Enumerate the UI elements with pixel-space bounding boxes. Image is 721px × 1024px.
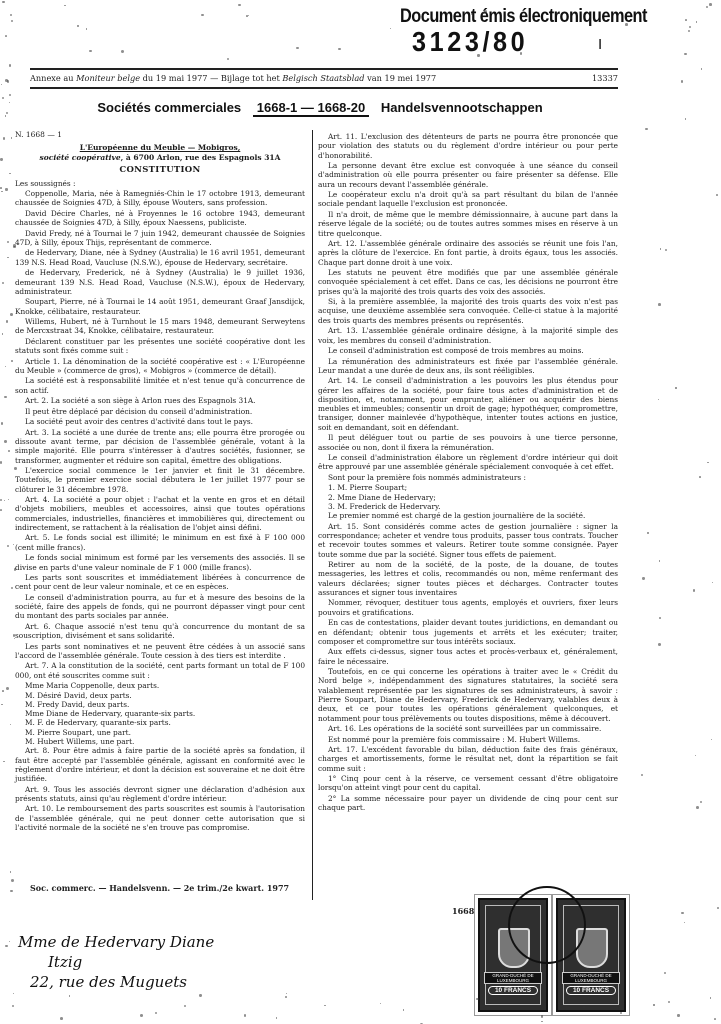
stamp-value: 10 FRANCS (566, 986, 616, 995)
entry-number: N. 1668 — 1 (15, 130, 305, 139)
bottom-rule (30, 87, 618, 89)
scan-speckle (69, 995, 70, 996)
scan-speckle (13, 544, 14, 545)
scan-speckle (541, 1021, 542, 1022)
scan-speckle (665, 249, 667, 251)
scan-speckle (5, 115, 7, 117)
paragraph: Le conseil d'administration pourra, au f… (15, 593, 305, 621)
scan-speckle (647, 532, 648, 533)
scan-speckle (659, 617, 661, 619)
scan-speckle (706, 6, 708, 8)
scan-speckle (2, 97, 4, 99)
scan-speckle (695, 755, 697, 757)
scan-speckle (13, 993, 14, 994)
list-item: M. Pierre Soupart, une part. (15, 728, 305, 737)
paragraph: Toutefois, en ce qui concerne les opérat… (318, 667, 618, 723)
constitution-heading: CONSTITUTION (15, 166, 305, 175)
paragraph: Coppenolle, Maria, née à Ramegniés-Chin … (15, 189, 305, 208)
scan-speckle (121, 50, 124, 53)
scan-speckle (642, 577, 644, 579)
scan-speckle (238, 4, 240, 6)
paragraph: Art. 5. Le fonds social est illimité; le… (15, 533, 305, 552)
scan-speckle (201, 14, 203, 16)
scan-speckle (199, 994, 201, 996)
paragraph: Soupart, Pierre, né à Tournai le 14 août… (15, 297, 305, 316)
scan-speckle (700, 801, 702, 803)
running-head-prefix: Annexe au (30, 73, 76, 83)
scan-speckle (380, 1003, 381, 1004)
paragraph: Le premier nommé est chargé de la gestio… (318, 511, 618, 520)
list-item: M. Désiré David, deux parts. (15, 691, 305, 700)
paragraph: Art. 8. Pour être admis à faire partie d… (15, 746, 305, 783)
scan-speckle (248, 15, 249, 16)
scan-speckle (500, 44, 501, 45)
scan-speckle (716, 194, 718, 196)
stamp-value: 10 FRANCS (488, 986, 538, 995)
scan-speckle (14, 467, 17, 470)
running-head-date-nl: van 19 mei 1977 (365, 73, 437, 83)
company-form: société coopérative (40, 153, 121, 162)
scan-speckle (8, 499, 9, 500)
scan-speckle (0, 158, 2, 160)
scan-speckle (6, 320, 9, 323)
scan-speckle (77, 25, 78, 26)
paragraph: Déclarent constituer par les présentes u… (15, 337, 305, 356)
cancellation-postmark-icon (508, 886, 586, 964)
company-name: L'Européenne du Meuble — Mobigros, (15, 143, 305, 153)
scan-speckle (681, 912, 683, 914)
scan-speckle (4, 396, 7, 399)
scan-speckle (2, 1, 4, 3)
list-item: M. F. de Hedervary, quarante-six parts. (15, 718, 305, 727)
paragraph: Art. 6. Chaque associé n'est tenu qu'à c… (15, 622, 305, 641)
paragraph: L'exercice social commence le 1er janvie… (15, 466, 305, 494)
scan-speckle (9, 64, 11, 66)
scan-speckle (677, 1014, 679, 1016)
handwritten-name: Mme de Hedervary Diane (18, 932, 214, 952)
scan-speckle (583, 1006, 585, 1008)
handwritten-street: 22, rue des Muguets (18, 972, 214, 992)
footer-entry-ref: 1668 (452, 906, 474, 916)
scan-speckle (0, 461, 2, 463)
scan-speckle (12, 1005, 14, 1007)
left-column-body: Les soussignés :Coppenolle, Maria, née à… (15, 179, 305, 833)
scan-speckle (693, 589, 696, 592)
running-head-text: Annexe au Moniteur belge du 19 mai 1977 … (30, 73, 436, 83)
scan-speckle (0, 509, 2, 511)
list-item: Mme Diane de Hedervary, quarante-six par… (15, 709, 305, 718)
scan-speckle (659, 560, 661, 562)
stamp-country: GRAND-DUCHÉ DE LUXEMBOURG (562, 972, 620, 984)
paragraph: Les statuts ne peuvent être modifiés que… (318, 268, 618, 296)
company-header: L'Européenne du Meuble — Mobigros, socié… (15, 143, 305, 162)
paragraph: La personne devant être exclue est convo… (318, 161, 618, 189)
scan-speckle (11, 360, 13, 362)
scan-speckle (4, 500, 5, 501)
paragraph: Art. 3. La société a une durée de trente… (15, 428, 305, 465)
scan-speckle (276, 1017, 278, 1019)
scan-speckle (140, 1014, 143, 1017)
left-column: N. 1668 — 1 L'Européenne du Meuble — Mob… (15, 130, 305, 834)
scan-speckle (1, 704, 2, 705)
list-item: 1. M. Pierre Soupart; (318, 483, 618, 492)
paragraph: Sont pour la première fois nommés admini… (318, 473, 618, 482)
scan-speckle (660, 248, 661, 249)
paragraph: Il peut être déplacé par décision du con… (15, 407, 305, 416)
paragraph: Les parts sont souscrites et immédiateme… (15, 573, 305, 592)
scan-speckle (11, 879, 14, 882)
scan-speckle (2, 282, 4, 284)
scan-speckle (709, 3, 712, 6)
scan-speckle (7, 257, 9, 259)
electronic-document-stamp: Document émis électroniquement (400, 6, 647, 28)
scan-speckle (645, 128, 647, 130)
scan-speckle (620, 1012, 622, 1014)
right-column: Art. 11. L'exclusion des détenteurs de p… (318, 132, 618, 814)
scan-speckle (2, 333, 3, 334)
list-item: 2. Mme Diane de Hedervary; (318, 493, 618, 502)
company-form-address: société coopérative, à 6700 Arlon, rue d… (15, 153, 305, 163)
paragraph: de Hedervary, Diane, née à Sydney (Austr… (15, 248, 305, 267)
scan-speckle (3, 761, 4, 762)
paragraph: Art. 7. A la constitution de la société,… (15, 661, 305, 680)
scan-speckle (9, 941, 10, 942)
scan-speckle (10, 724, 11, 725)
scan-speckle (0, 499, 2, 501)
column-divider (312, 130, 313, 900)
scan-speckle (675, 387, 676, 388)
paragraph: Les soussignés : (15, 179, 305, 188)
scan-speckle (246, 15, 248, 17)
list-item: 3. M. Frederick de Hedervary. (318, 502, 618, 511)
scan-speckle (10, 14, 12, 16)
paragraph: 1° Cinq pour cent à la réserve, ce verse… (318, 774, 618, 793)
scan-speckle (8, 450, 10, 452)
scan-speckle (6, 112, 8, 114)
scan-speckle (324, 1005, 325, 1006)
scan-speckle (5, 945, 8, 948)
scan-speckle (696, 806, 699, 809)
paragraph: La société peut avoir des centres d'acti… (15, 417, 305, 426)
footer-issue: Soc. commerc. — Handelsvenn. — 2e trim./… (30, 883, 289, 893)
scan-speckle (3, 137, 5, 139)
scan-speckle (4, 440, 7, 443)
paragraph: Le conseil d'administration est composé … (318, 346, 618, 355)
scan-speckle (1, 191, 3, 193)
paragraph: de Hedervary, Frederick, né à Sydney (Au… (15, 268, 305, 296)
paragraph: Art. 4. La société a pour objet : l'acha… (15, 495, 305, 532)
scan-speckle (10, 890, 12, 892)
publication-nl: Belgisch Staatsblad (282, 73, 364, 83)
paragraph: En cas de contestations, plaider devant … (318, 618, 618, 646)
scan-speckle (13, 246, 15, 248)
reference-number: 3123/80 (412, 26, 528, 58)
handwritten-locality: Itzig (18, 952, 214, 972)
page-number: 13337 (592, 73, 618, 83)
reference-mark: I (598, 36, 602, 53)
scan-speckle (296, 47, 298, 49)
scan-speckle (390, 28, 391, 29)
paragraph: Art. 14. Le conseil d'administration a l… (318, 376, 618, 432)
scan-speckle (2, 690, 4, 692)
paragraph: Art. 13. L'assemblée générale ordinaire … (318, 326, 618, 345)
scan-speckle (599, 995, 601, 997)
scan-speckle (286, 993, 287, 994)
handwritten-address: Mme de Hedervary Diane Itzig 22, rue des… (18, 932, 214, 992)
paragraph: Il n'a droit, de même que le membre démi… (318, 210, 618, 238)
paragraph: 2° La somme nécessaire pour payer un div… (318, 794, 618, 813)
scan-speckle (227, 58, 229, 60)
scan-speckle (184, 1005, 186, 1007)
scan-speckle (712, 582, 713, 583)
paragraph: Art. 10. Le remboursement des parts sous… (15, 804, 305, 832)
running-head: Annexe au Moniteur belge du 19 mai 1977 … (30, 73, 618, 83)
section-title-fr: Sociétés commerciales (97, 100, 241, 115)
scan-speckle (641, 774, 643, 776)
scan-speckle (653, 1004, 654, 1005)
paragraph: Les parts sont nominatives et ne peuvent… (15, 642, 305, 661)
paragraph: Willems, Hubert, né à Turnhout le 15 mar… (15, 317, 305, 336)
scan-speckle (477, 54, 479, 56)
section-title-nl: Handelsvennootschappen (381, 100, 543, 115)
paragraph: Retirer au nom de la société, de la post… (318, 560, 618, 597)
paragraph: La rémunération des administrateurs est … (318, 357, 618, 376)
scan-speckle (689, 26, 691, 28)
company-address: , à 6700 Arlon, rue des Espagnols 31A (121, 153, 281, 162)
paragraph: Art. 12. L'assemblée générale ordinaire … (318, 239, 618, 267)
scan-speckle (711, 739, 712, 740)
scan-speckle (155, 1012, 157, 1014)
scan-speckle (658, 643, 661, 646)
paragraph: Le conseil d'administration élabore un r… (318, 453, 618, 472)
list-item: Mme Maria Coppenolle, deux parts. (15, 681, 305, 690)
stamp-country: GRAND-DUCHÉ DE LUXEMBOURG (484, 972, 542, 984)
paragraph: Le coopérateur exclu n'a droit qu'à sa p… (318, 190, 618, 209)
scan-speckle (0, 187, 2, 189)
scan-speckle (681, 80, 684, 83)
scan-speckle (60, 1017, 63, 1020)
publication-fr: Moniteur belge (76, 73, 140, 83)
paragraph: Art. 9. Tous les associés devront signer… (15, 785, 305, 804)
paragraph: Art. 2. La société a son siège à Arlon r… (15, 396, 305, 405)
scan-speckle (5, 188, 7, 190)
paragraph: Art. 11. L'exclusion des détenteurs de p… (318, 132, 618, 160)
scan-speckle (89, 50, 91, 52)
paragraph: David Fredy, né à Tournai le 7 juin 1942… (15, 229, 305, 248)
paragraph: Art. 15. Sont considérés comme actes de … (318, 522, 618, 559)
paragraph: Nommer, révoquer, destituer tous agents,… (318, 598, 618, 617)
paragraph: David Décire Charles, né à Froyennes le … (15, 209, 305, 228)
scan-speckle (658, 399, 659, 400)
scan-speckle (10, 313, 13, 316)
scan-speckle (5, 35, 7, 37)
scan-speckle (9, 94, 11, 96)
scan-speckle (710, 997, 712, 999)
scan-speckle (664, 972, 666, 974)
scan-speckle (9, 173, 10, 174)
scan-speckle (7, 545, 9, 547)
scan-speckle (86, 28, 87, 29)
paragraph: Il peut déléguer tout ou partie de ses p… (318, 433, 618, 452)
paragraph: Art. 16. Les opérations de la société so… (318, 724, 618, 733)
scan-speckle (714, 1018, 716, 1020)
scan-speckle (7, 241, 9, 243)
paragraph: Article 1. La dénomination de la société… (15, 357, 305, 376)
scan-speckle (338, 48, 341, 51)
scan-speckle (1, 84, 2, 85)
scan-speckle (9, 102, 10, 103)
scan-speckle (625, 23, 628, 26)
running-head-date-fr: du 19 mai 1977 — Bijlage tot het (140, 73, 282, 83)
scan-speckle (699, 476, 701, 478)
scan-speckle (541, 1015, 543, 1017)
scan-speckle (64, 5, 65, 6)
right-column-body: Art. 11. L'exclusion des détenteurs de p… (318, 132, 618, 812)
scan-speckle (5, 366, 6, 367)
paragraph: Aux effets ci-dessus, signer tous actes … (318, 647, 618, 666)
scan-speckle (403, 1009, 405, 1011)
scan-speckle (7, 80, 9, 82)
list-item: M. Fredy David, deux parts. (15, 700, 305, 709)
top-rule (30, 68, 618, 70)
scan-speckle (658, 303, 661, 306)
scan-speckle (6, 687, 9, 690)
scan-speckle (285, 996, 287, 998)
scan-speckle (1, 422, 3, 424)
scan-speckle (668, 1001, 671, 1004)
scan-speckle (14, 568, 16, 570)
scan-speckle (11, 20, 13, 22)
paragraph: Si, à la première assemblée, la majorité… (318, 297, 618, 325)
scan-speckle (684, 53, 686, 55)
scan-speckle (717, 907, 719, 909)
paragraph: La société est à responsabilité limitée … (15, 376, 305, 395)
scan-speckle (11, 587, 13, 589)
scan-speckle (688, 30, 690, 32)
paragraph: Est nommé pour la première fois commissa… (318, 735, 618, 744)
scan-speckle (685, 19, 687, 21)
scan-speckle (685, 118, 686, 119)
paragraph: Le fonds social minimum est formé par le… (15, 553, 305, 572)
scan-speckle (707, 462, 709, 464)
section-title: Sociétés commerciales 1668-1 — 1668-20 H… (0, 100, 640, 115)
scan-speckle (701, 68, 703, 70)
list-item: M. Hubert Willems, une part. (15, 737, 305, 746)
section-range: 1668-1 — 1668-20 (253, 100, 369, 117)
scan-speckle (684, 922, 685, 923)
scan-speckle (244, 1014, 246, 1016)
scan-speckle (10, 871, 11, 872)
scan-speckle (11, 137, 12, 138)
scan-speckle (696, 21, 698, 23)
paragraph: Art. 17. L'excédent favorable du bilan, … (318, 745, 618, 773)
